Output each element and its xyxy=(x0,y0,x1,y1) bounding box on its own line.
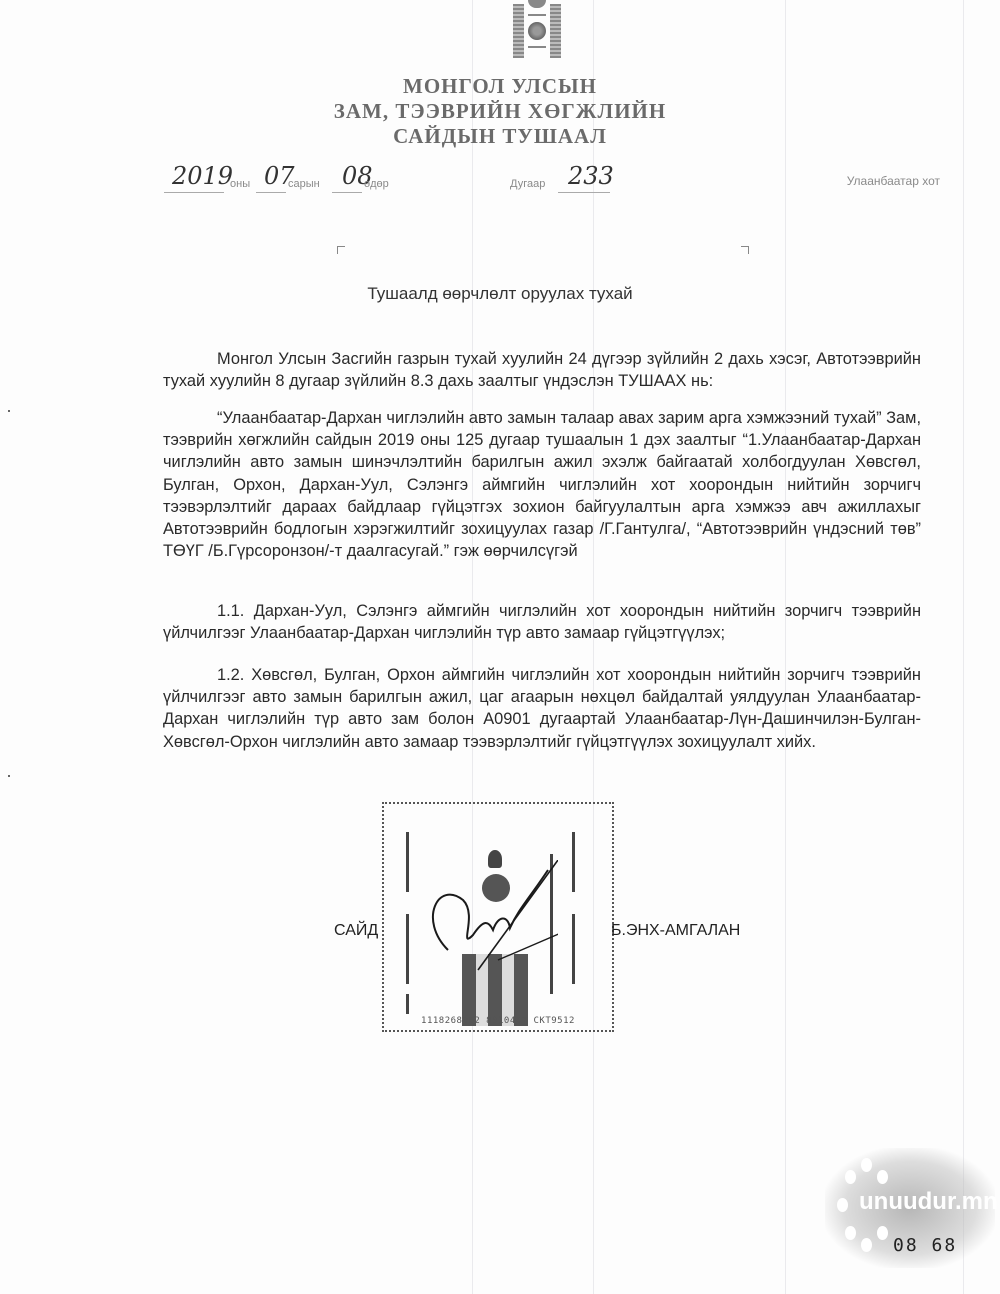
paragraph-amendment: “Улаанбаатар-Дархан чиглэлийн авто замын… xyxy=(163,407,921,562)
scan-speck xyxy=(8,775,10,777)
day-label: өдөр xyxy=(364,178,389,190)
number-label: Дугаар xyxy=(510,178,545,190)
document-subject: Тушаалд өөрчлөлт оруулах тухай xyxy=(0,284,1000,304)
city-label: Улаанбаатар хот xyxy=(847,174,940,188)
number-handwritten: 233 xyxy=(568,162,614,190)
handwritten-signature xyxy=(418,860,558,980)
paragraph-preamble: Монгол Улсын Засгийн газрын тухай хуулий… xyxy=(163,348,921,392)
header-line-country: МОНГОЛ УЛСЫН xyxy=(0,74,1000,99)
header-line-order: САЙДЫН ТУШААЛ xyxy=(0,124,1000,149)
document-header: МОНГОЛ УЛСЫН ЗАМ, ТЭЭВРИЙН ХӨГЖЛИЙН САЙД… xyxy=(0,74,1000,149)
seal-registration-number: 1118268062 8010467 СКТ9512 xyxy=(384,1016,612,1026)
paragraph-item-1-1: 1.1. Дархан-Уул, Сэлэнгэ аймгийн чиглэли… xyxy=(163,600,921,644)
page-number-stamp: 08 68 xyxy=(893,1235,957,1256)
scan-line xyxy=(963,0,964,1294)
date-number-line: 2019 оны 07 сарын 08 өдөр Дугаар 233 Ула… xyxy=(160,160,940,196)
year-label: оны xyxy=(230,178,250,190)
paragraph-item-1-2: 1.2. Хөвсгөл, Булган, Орхон аймгийн чигл… xyxy=(163,664,921,753)
corner-mark xyxy=(337,246,345,254)
scan-speck xyxy=(8,410,10,412)
watermark-text: unuudur.mn xyxy=(859,1188,998,1216)
corner-mark xyxy=(741,246,749,254)
signer-title: САЙД xyxy=(334,922,378,940)
header-line-ministry: ЗАМ, ТЭЭВРИЙН ХӨГЖЛИЙН xyxy=(0,99,1000,124)
year-handwritten: 2019 xyxy=(172,162,233,190)
state-emblem-icon xyxy=(513,0,561,62)
signer-name: Б.ЭНХ-АМГАЛАН xyxy=(611,922,740,940)
month-label: сарын xyxy=(288,178,320,190)
